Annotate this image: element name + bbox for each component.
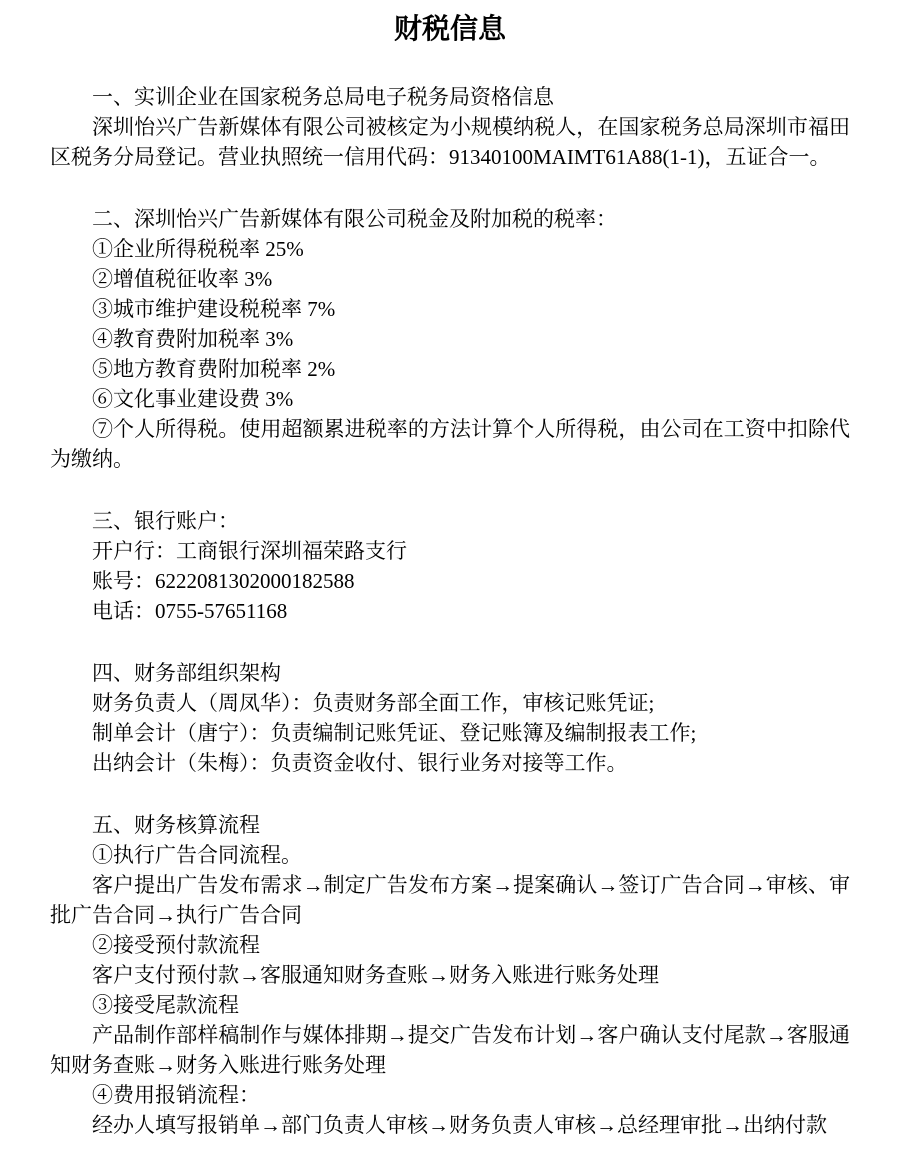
paragraph: ④教育费附加税率 3% <box>50 324 850 354</box>
blank-line <box>50 626 850 658</box>
paragraph: 制单会计（唐宁）：负责编制记账凭证、登记账簿及编制报表工作; <box>50 718 850 748</box>
paragraph: 客户支付预付款→客服通知财务查账→财务入账进行账务处理 <box>50 960 850 990</box>
paragraph: ②增值税征收率 3% <box>50 264 850 294</box>
paragraph: 开户行：工商银行深圳福荣路支行 <box>50 536 850 566</box>
paragraph: 出纳会计（朱梅）：负责资金收付、银行业务对接等工作。 <box>50 748 850 778</box>
paragraph: 账号：6222081302000182588 <box>50 566 850 596</box>
paragraph: ⑥文化事业建设费 3% <box>50 384 850 414</box>
blank-line <box>50 474 850 506</box>
document-page: 财税信息 一、实训企业在国家税务总局电子税务局资格信息深圳怡兴广告新媒体有限公司… <box>0 0 900 1156</box>
blank-line <box>50 172 850 204</box>
paragraph: ②接受预付款流程 <box>50 930 850 960</box>
paragraph: ③城市维护建设税税率 7% <box>50 294 850 324</box>
paragraph: 经办人填写报销单→部门负责人审核→财务负责人审核→总经理审批→出纳付款 <box>50 1110 850 1140</box>
paragraph: ⑤地方教育费附加税率 2% <box>50 354 850 384</box>
document-body: 一、实训企业在国家税务总局电子税务局资格信息深圳怡兴广告新媒体有限公司被核定为小… <box>50 82 850 1140</box>
section-heading: 五、财务核算流程 <box>50 810 850 840</box>
paragraph: 电话：0755-57651168 <box>50 596 850 626</box>
paragraph: 客户提出广告发布需求→制定广告发布方案→提案确认→签订广告合同→审核、审批广告合… <box>50 870 850 930</box>
section-heading: 一、实训企业在国家税务总局电子税务局资格信息 <box>50 82 850 112</box>
paragraph: ③接受尾款流程 <box>50 990 850 1020</box>
blank-line <box>50 778 850 810</box>
section-heading: 三、银行账户： <box>50 506 850 536</box>
section-heading: 四、财务部组织架构 <box>50 658 850 688</box>
paragraph: 深圳怡兴广告新媒体有限公司被核定为小规模纳税人，在国家税务总局深圳市福田区税务分… <box>50 112 850 172</box>
document-title: 财税信息 <box>50 12 850 46</box>
paragraph: 产品制作部样稿制作与媒体排期→提交广告发布计划→客户确认支付尾款→客服通知财务查… <box>50 1020 850 1080</box>
paragraph: ⑦个人所得税。使用超额累进税率的方法计算个人所得税，由公司在工资中扣除代为缴纳。 <box>50 414 850 474</box>
paragraph: 财务负责人（周凤华）：负责财务部全面工作，审核记账凭证; <box>50 688 850 718</box>
paragraph: ①企业所得税税率 25% <box>50 234 850 264</box>
paragraph: ④费用报销流程： <box>50 1080 850 1110</box>
paragraph: ①执行广告合同流程。 <box>50 840 850 870</box>
section-heading: 二、深圳怡兴广告新媒体有限公司税金及附加税的税率： <box>50 204 850 234</box>
